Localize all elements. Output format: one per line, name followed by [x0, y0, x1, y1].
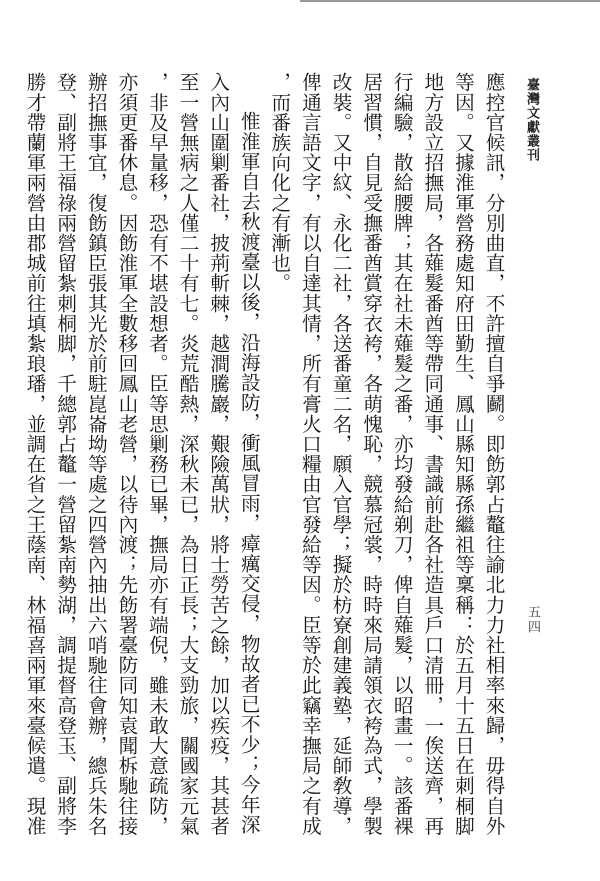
text-column: 行編驗，散給腰牌；其在社未薙髮之番，亦均發給剃刀，俾自薙髮，以昭畫一。該番裸 — [386, 72, 417, 862]
text-column: 俾通言語文字，有以自達其情，所有膏火口糧由官發給等因。臣等於此竊幸撫局之有成 — [294, 72, 325, 862]
paragraph-start-column: 惟淮軍自去秋渡臺以後，沿海設防，衝風冒雨，瘴癘交侵，物故者已不少；今年深 — [233, 72, 264, 862]
text-column: 辦招撫事宜，復飭鎮臣張其光於前駐崑崙坳等處之四營內抽出六哨馳往會辦，總兵朱名 — [80, 72, 111, 862]
text-column: 居習慣，自見受撫番酋賞穿衣袴，各萌愧恥，競慕冠裳，時時來局請領衣袴為式，學製 — [355, 72, 386, 862]
text-column: 地方設立招撫局，各薙髮番酋等帶同通事、書識前赴各社造具戶口清冊，一俟送齊，再 — [416, 72, 447, 862]
text-column: 勝才帶蘭軍兩營由郡城前往填紮琅璠，並調在省之王蔭南、林福喜兩軍來臺候遣。現准 — [19, 72, 50, 862]
text-column: 入內山圍剿番社，披荊斬棘，越澗騰巖，艱險萬狀，將士勞苦之餘，加以疾疫，其甚者 — [202, 72, 233, 862]
text-column: 改裝。又中紋、永化二社，各送番童二名，願入官學；擬於枋寮創建義塾，延師敎導， — [324, 72, 355, 862]
text-column: 登、副將王福祿兩營留紮刺桐脚，千總郭占鼇一營留紮南勢湖，調提督高登玉、副將李 — [49, 72, 80, 862]
text-column: 等因。又據淮軍營務處知府田勤生、鳳山縣知縣孫繼祖等稟稱：於五月十五日在刺桐脚 — [447, 72, 478, 862]
text-column: 應控官候訊，分別曲直，不許擅自爭鬬。即飭郭占鼇往諭北力力社相率來歸，毋得自外 — [477, 72, 508, 862]
vertical-text-body: 應控官候訊，分別曲直，不許擅自爭鬬。即飭郭占鼇往諭北力力社相率來歸，毋得自外 等… — [19, 72, 509, 862]
text-column: 亦須更番休息。因飭淮軍全數移回鳳山老營，以待內渡；先飭署臺防同知袁聞柝馳往接 — [110, 72, 141, 862]
text-column: ，而番族向化之有漸也。 — [263, 72, 294, 862]
top-scan-edge — [300, 0, 600, 2]
text-column: ，非及早量移，恐有不堪設想者。臣等思剿務已畢，撫局亦有端倪，雖未敢大意疏防， — [141, 72, 172, 862]
text-column: 至一營無病之人僅二十有七。炎荒酷熱，深秋未已，為日正長；大支勁旅，關國家元氣 — [171, 72, 202, 862]
series-title: 臺灣文獻叢刊 — [522, 78, 541, 162]
page-number: 五四 — [523, 605, 542, 635]
